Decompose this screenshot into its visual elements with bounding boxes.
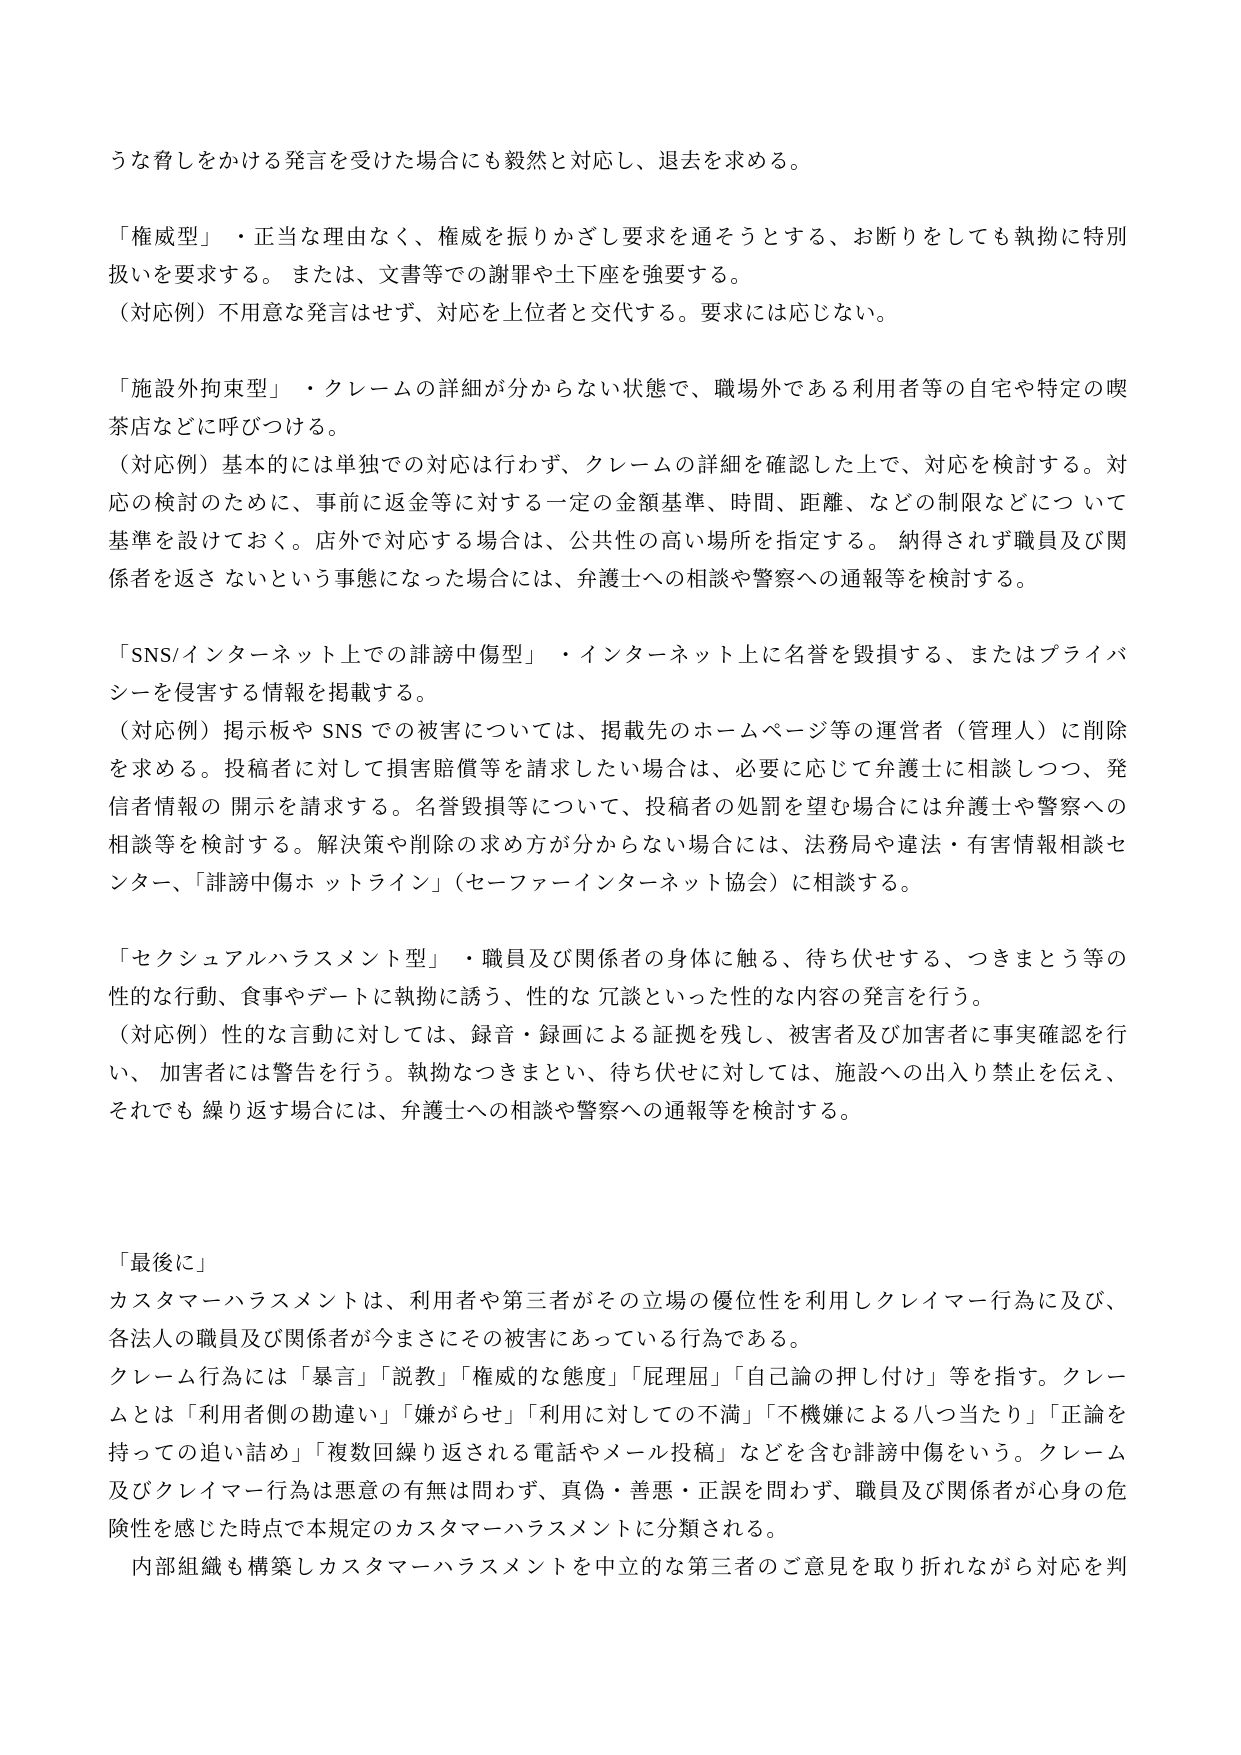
text-line: （対応例）不用意な発言はせず、対応を上位者と交代する。要求には応じない。 [108,294,1128,332]
paragraph-sexual-harassment-type: 「セクシュアルハラスメント型」 ・職員及び関係者の身体に触る、待ち伏せする、つき… [108,902,1128,1130]
text-line: クレーム行為には「暴言」「説教」「権威的な態度」「屁理屈」「自己論の押し付け」等… [108,1358,1128,1396]
text-line: 内部組織も構築しカスタマーハラスメントを中立的な第三者のご意見を取り折れながら対… [108,1548,1128,1586]
text-line: 性的な行動、食事やデートに執拗に誘う、性的な 冗談といった性的な内容の発言を行う… [108,978,1128,1016]
text-line: （対応例）性的な言動に対しては、録音・録画による証拠を残し、被害者及び加害者に事… [108,1016,1128,1054]
text-line: 相談等を検討する。解決策や削除の求め方が分からない場合には、法務局や違法・有害情… [108,826,1128,864]
paragraph-authority-type: 「権威型」 ・正当な理由なく、権威を振りかざし要求を通そうとする、お断りをしても… [108,180,1128,332]
text-line: 茶店などに呼びつける。 [108,408,1128,446]
text-line: 基準を設けておく。店外で対応する場合は、公共性の高い場所を指定する。 納得されず… [108,522,1128,560]
paragraph-off-site-restraint-type: 「施設外拘束型」 ・クレームの詳細が分からない状態で、職場外である利用者等の自宅… [108,332,1128,598]
text-line: を求める。投稿者に対して損害賠償等を請求したい場合は、必要に応じて弁護士に相談し… [108,750,1128,788]
paragraph-sns-defamation-type: 「SNS/インターネット上での誹謗中傷型」 ・インターネット上に名誉を毀損する、… [108,598,1128,902]
paragraph-conclusion: 「最後に」 カスタマーハラスメントは、利用者や第三者がその立場の優位性を利用しク… [108,1130,1128,1586]
text-line: 応の検討のために、事前に返金等に対する一定の金額基準、時間、距離、などの制限など… [108,484,1128,522]
text-line: ンター、「誹謗中傷ホ ットライン」（セーファーインターネット協会）に相談する。 [108,864,1128,902]
text-line: 険性を感じた時点で本規定のカスタマーハラスメントに分類される。 [108,1510,1128,1548]
text-line: 各法人の職員及び関係者が今まさにその被害にあっている行為である。 [108,1320,1128,1358]
text-line: （対応例）掲示板や SNS での被害については、掲載先のホームページ等の運営者（… [108,712,1128,750]
text-line: 「SNS/インターネット上での誹謗中傷型」 ・インターネット上に名誉を毀損する、… [108,636,1128,674]
text-line: 持っての追い詰め」「複数回繰り返される電話やメール投稿」などを含む誹謗中傷をいう… [108,1434,1128,1472]
text-line: 「権威型」 ・正当な理由なく、権威を振りかざし要求を通そうとする、お断りをしても… [108,218,1128,256]
text-line: カスタマーハラスメントは、利用者や第三者がその立場の優位性を利用しクレイマー行為… [108,1282,1128,1320]
text-line: 「施設外拘束型」 ・クレームの詳細が分からない状態で、職場外である利用者等の自宅… [108,370,1128,408]
text-line: シーを侵害する情報を掲載する。 [108,674,1128,712]
document-page: うな脅しをかける発言を受けた場合にも毅然と対応し、退去を求める。 「権威型」 ・… [0,0,1241,1755]
text-line: 係者を返さ ないという事態になった場合には、弁護士への相談や警察への通報等を検討… [108,560,1128,598]
text-line: （対応例）基本的には単独での対応は行わず、クレームの詳細を確認した上で、対応を検… [108,446,1128,484]
paragraph-continuation: うな脅しをかける発言を受けた場合にも毅然と対応し、退去を求める。 [108,142,1128,180]
text-line: 「最後に」 [108,1244,1128,1282]
text-line: い、 加害者には警告を行う。執拗なつきまとい、待ち伏せに対しては、施設への出入り… [108,1054,1128,1092]
text-line: うな脅しをかける発言を受けた場合にも毅然と対応し、退去を求める。 [108,142,1128,180]
text-line: 扱いを要求する。 または、文書等での謝罪や土下座を強要する。 [108,256,1128,294]
text-line: 「セクシュアルハラスメント型」 ・職員及び関係者の身体に触る、待ち伏せする、つき… [108,940,1128,978]
text-line: それでも 繰り返す場合には、弁護士への相談や警察への通報等を検討する。 [108,1092,1128,1130]
text-line: 信者情報の 開示を請求する。名誉毀損等について、投稿者の処罰を望む場合には弁護士… [108,788,1128,826]
text-line: 及びクレイマー行為は悪意の有無は問わず、真偽・善悪・正誤を問わず、職員及び関係者… [108,1472,1128,1510]
text-line: ムとは「利用者側の勘違い」「嫌がらせ」「利用に対しての不満」「不機嫌による八つ当… [108,1396,1128,1434]
document-text-body: うな脅しをかける発言を受けた場合にも毅然と対応し、退去を求める。 「権威型」 ・… [108,142,1128,1586]
